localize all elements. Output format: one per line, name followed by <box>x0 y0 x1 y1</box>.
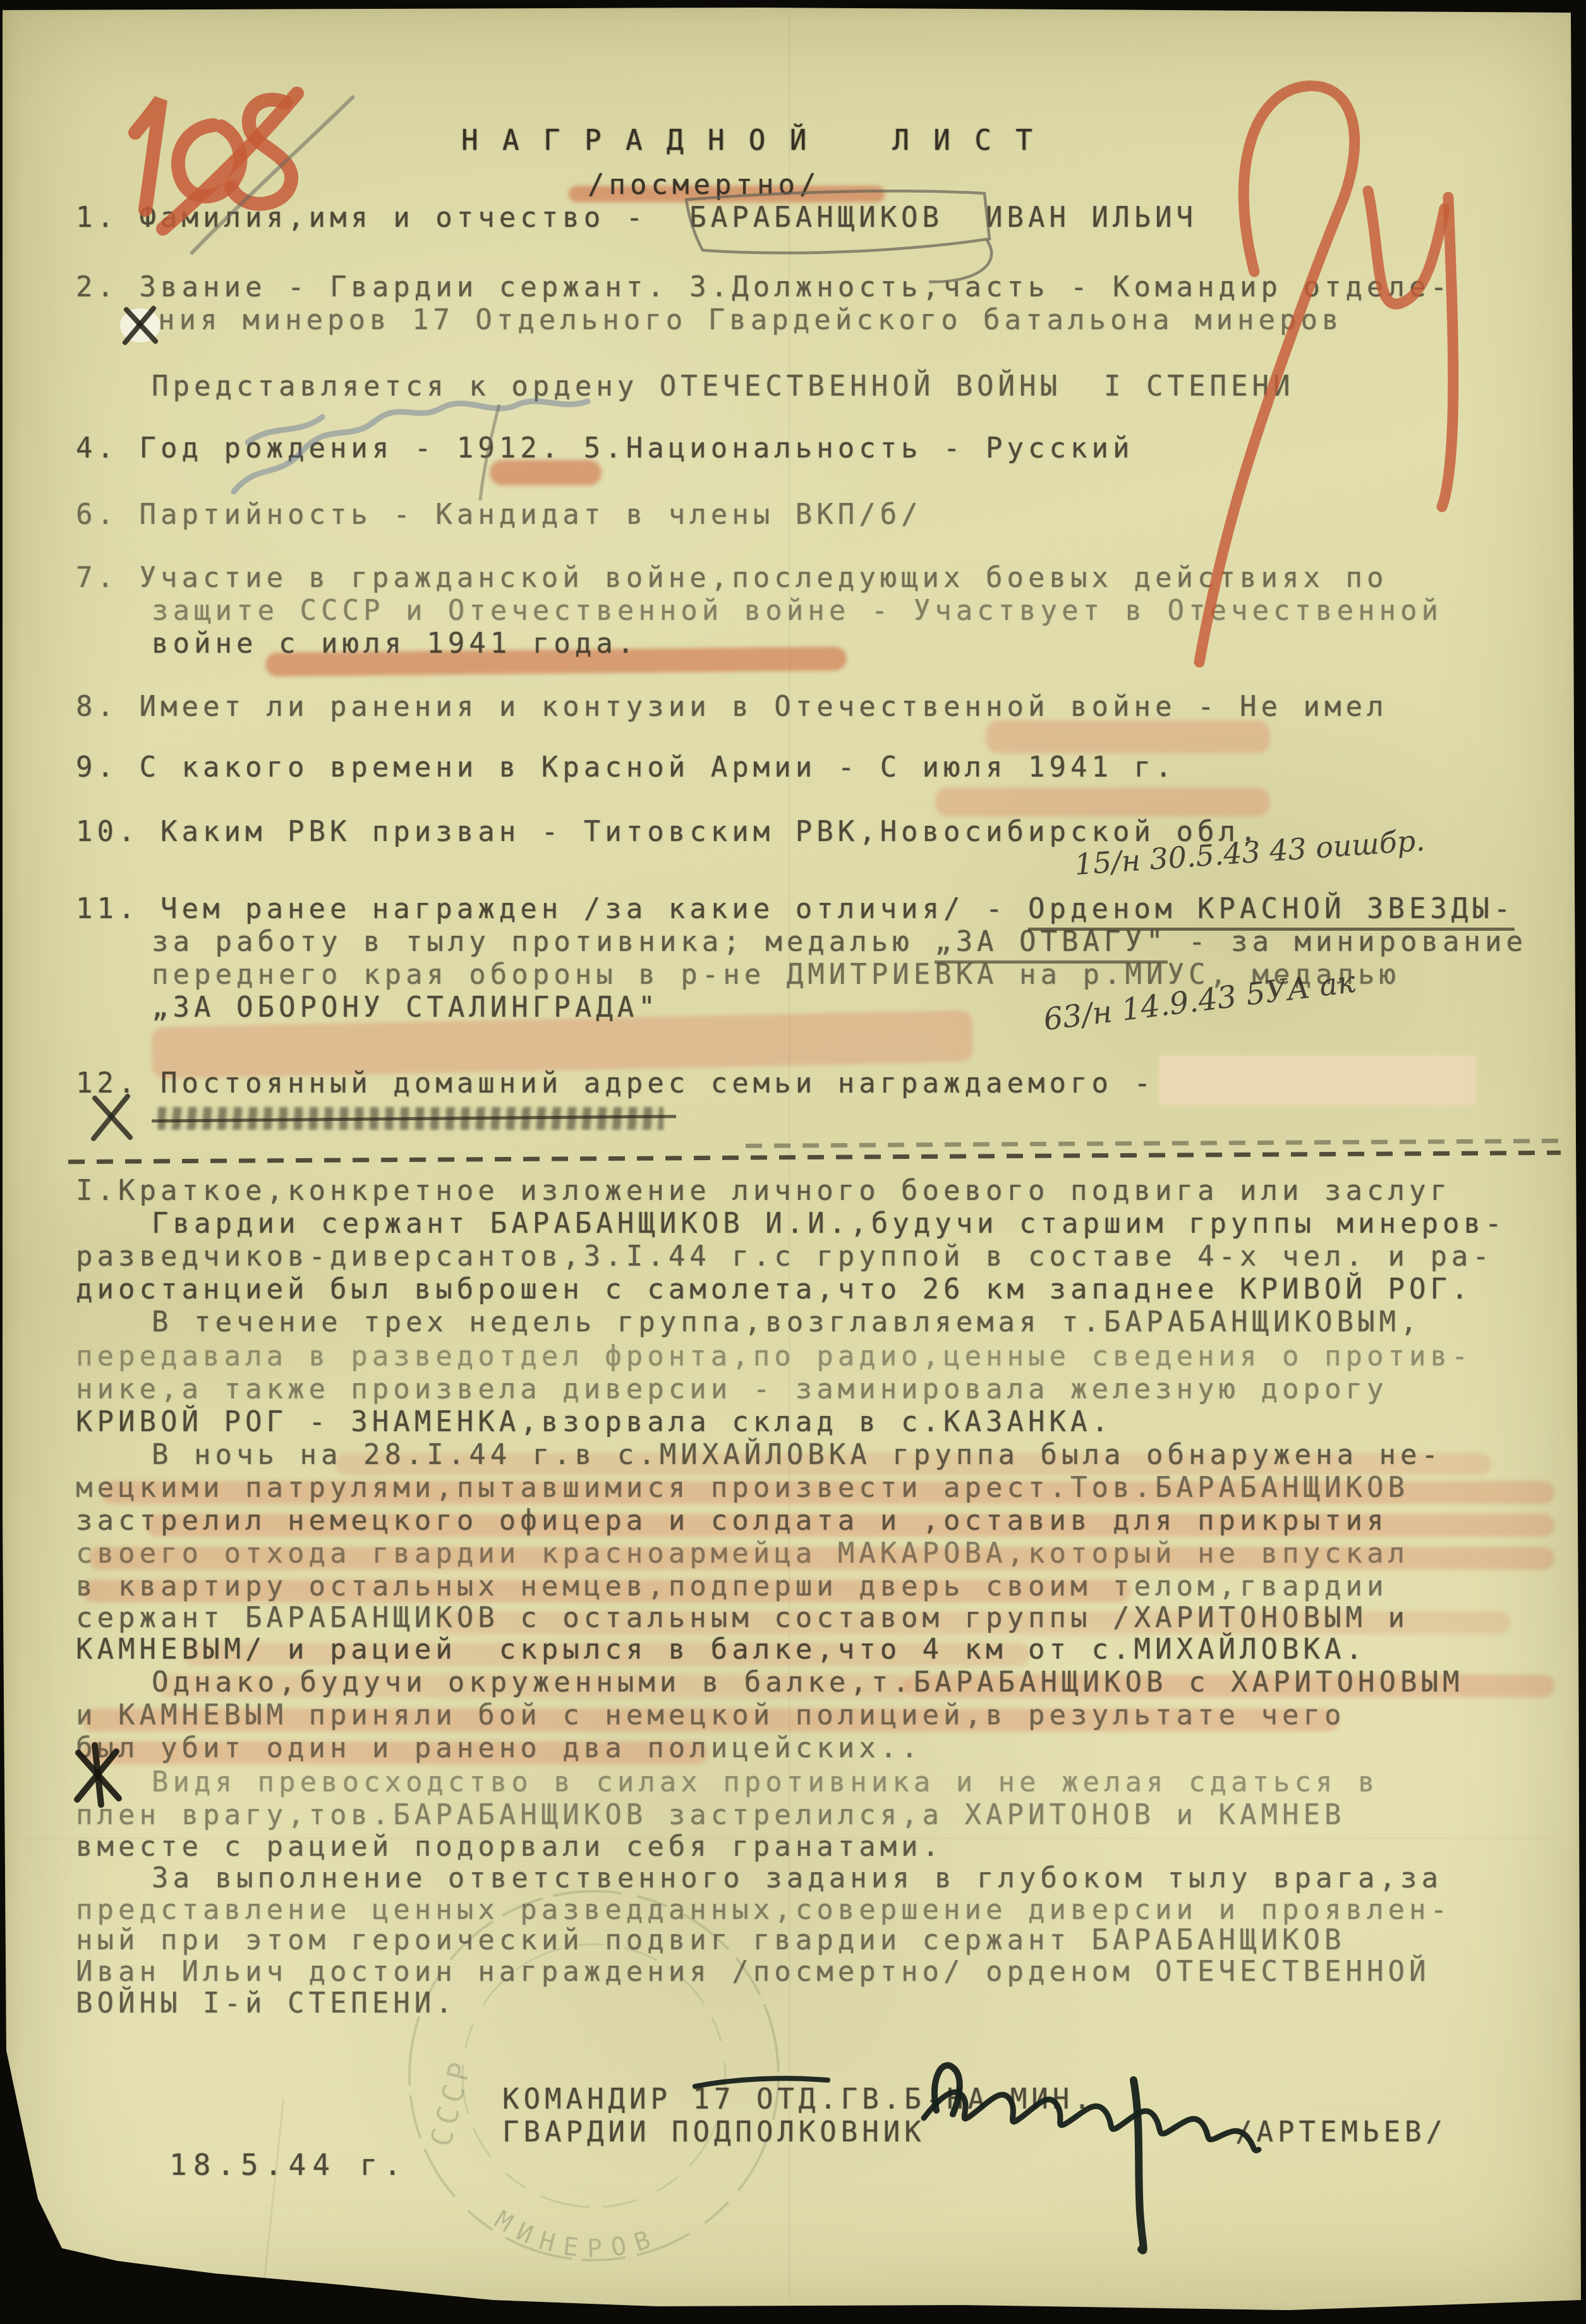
p6-line-3: ный при этом героический подвиг гвардии … <box>76 1923 1345 1957</box>
p3-line-7: КАМНЕВЫМ/ и рацией скрылся в балке,что 4… <box>76 1633 1367 1666</box>
section-heading: I.Краткое,конкретное изложение личного б… <box>76 1174 1451 1207</box>
p3-line-4: своего отхода гвардии красноармейца МАКА… <box>76 1537 1409 1570</box>
field-7-line-2: защите СССР и Отечественной войне - Учас… <box>152 594 1443 627</box>
p2-line-4: КРИВОЙ РОГ - ЗНАМЕНКА,взорвала склад в с… <box>76 1405 1113 1439</box>
p3-line-3: застрелил немецкого офицера и солдата и … <box>76 1504 1388 1537</box>
field-1-label: 1. Фамилия,имя и отчество - <box>76 202 689 234</box>
field-6-line: 6. Партийность - Кандидат в члены ВКП/б/ <box>76 498 923 531</box>
paper-sheet: МИНЕРОВ СССР Н А Г Р А Д Н О Й Л И С Т /… <box>0 0 1586 2324</box>
p6-line-5: ВОЙНЫ I-й СТЕПЕНИ. <box>76 1987 457 2020</box>
p2-line-1: В течение трех недель группа,возглавляем… <box>152 1305 1421 1339</box>
signature-title-line-1: КОМАНДИР 17 ОТД.ГВ.Б-НА МИН. <box>502 2083 1095 2116</box>
p6-line-2: представление ценных разведданных,соверш… <box>76 1893 1451 1927</box>
posthumous-note: /посмертно/ <box>588 168 820 202</box>
recipient-surname: БАРАБАНЩИКОВ <box>689 202 943 234</box>
document-date: 18.5.44 г. <box>169 2148 408 2182</box>
p6-line-1: За выполнение ответственного задания в г… <box>152 1861 1443 1895</box>
p3-line-2: мецкими патрулями,пытавшимися произвести… <box>76 1471 1409 1504</box>
p1-line-3: диостанцией был выброшен с самолета,что … <box>76 1273 1472 1306</box>
bottom-crease <box>261 2098 284 2306</box>
p1-line-1: Гвардии сержант БАРАБАНЩИКОВ И.И.,будучи… <box>152 1207 1506 1240</box>
submission-line: Представляется к ордену ОТЕЧЕСТВЕННОЙ ВО… <box>152 370 1294 403</box>
field-11-line-2a: за работу в тылу противника; медалью <box>152 926 935 958</box>
field-10-line: 10. Каким РВК призван - Титовским РВК,Но… <box>76 815 1261 849</box>
field-9-line: 9. С какого времени в Красной Армии - С … <box>76 751 1177 784</box>
x-mark-1 <box>125 308 155 342</box>
x-mark-2 <box>94 1096 130 1139</box>
field-7-line-3: войне с июля 1941 года. <box>152 627 638 660</box>
p3-line-6: сержант БАРАБАНЩИКОВ с остальным составо… <box>76 1601 1409 1635</box>
stamp-country-text: СССР <box>423 2054 478 2150</box>
field-11-line-2: за работу в тылу противника; медалью „ЗА… <box>152 925 1527 959</box>
document-title: Н А Г Р А Д Н О Й Л И С Т <box>461 124 1036 157</box>
p3-line-5: в квартиру остальных немцев,подперши две… <box>76 1570 1388 1603</box>
dashed-separator <box>68 1151 1561 1164</box>
stamp-bottom-textpath: МИНЕРОВ <box>489 2205 663 2263</box>
field-11-line-1: 11. Чем ранее награжден /за какие отличи… <box>76 892 1515 926</box>
field-7-line-1: 7. Участие в гражданской войне,последующ… <box>76 561 1388 595</box>
field-1-line: 1. Фамилия,имя и отчество - БАРАБАНЩИКОВ… <box>76 201 1197 234</box>
ink-blot-white <box>120 308 160 342</box>
field-2-3-line-2: ния минеров 17 Отдельного Гвардейского б… <box>158 303 1343 337</box>
p4-line-2: и КАМНЕВЫМ приняли бой с немецкой полици… <box>76 1698 1345 1732</box>
p5-line-1: Видя превосходство в силах противника и … <box>152 1765 1379 1799</box>
stamp-bottom-text: МИНЕРОВ <box>489 2205 663 2263</box>
scanned-award-sheet: МИНЕРОВ СССР Н А Г Р А Д Н О Й Л И С Т /… <box>0 0 1586 2324</box>
field-11-line-2c: - за минирование <box>1168 926 1527 958</box>
field-11-label: 11. Чем ранее награжден /за какие отличи… <box>76 893 1028 925</box>
p4-line-1: Однако,будучи окруженными в балке,т.БАРА… <box>152 1666 1463 1699</box>
recipient-name-patronymic: ИВАН ИЛЬИЧ <box>943 202 1197 234</box>
field-2-3-line-1: 2. Звание - Гвардии сержант. 3.Должность… <box>76 270 1451 304</box>
pink-smudge-f8 <box>986 720 1270 753</box>
signature-surname: /АРТЕМЬЕВ/ <box>1235 2115 1447 2149</box>
field-8-line: 8. Имеет ли ранения и контузии в Отечест… <box>76 690 1388 723</box>
dashed-separator-upper <box>746 1139 1561 1148</box>
field-4-5-line: 4. Год рождения - 1912. 5.Национальность… <box>76 432 1134 465</box>
signature-title-line-2: ГВАРДИИ ПОДПОЛКОВНИК <box>502 2115 926 2149</box>
p5-line-3: вместе с рацией подорвали себя гранатами… <box>76 1830 943 1863</box>
redaction-block-address <box>1159 1056 1475 1105</box>
p2-line-2: передавала в разведотдел фронта,по радио… <box>76 1340 1472 1373</box>
pink-smudge-f9 <box>935 787 1270 816</box>
p6-line-4: Иван Ильич достоин награждения /посмертн… <box>76 1955 1430 1988</box>
field-11-line-4: „ЗА ОБОРОНУ СТАЛИНГРАДА" <box>152 991 660 1024</box>
p4-line-3: был убит один и ранено два полицейских.. <box>76 1731 923 1765</box>
field-12-line: 12. Постоянный домашний адрес семьи нагр… <box>76 1067 1155 1100</box>
p2-line-3: нике,а также произвела диверсии - замини… <box>76 1372 1388 1406</box>
p5-line-2: плен врагу,тов.БАРАБАНЩИКОВ застрелился,… <box>76 1798 1345 1832</box>
p3-line-1: В ночь на 28.I.44 г.в с.МИХАЙЛОВКА групп… <box>152 1438 1443 1472</box>
p1-line-2: разведчиков-диверсантов,3.I.44 г.с групп… <box>76 1240 1494 1273</box>
